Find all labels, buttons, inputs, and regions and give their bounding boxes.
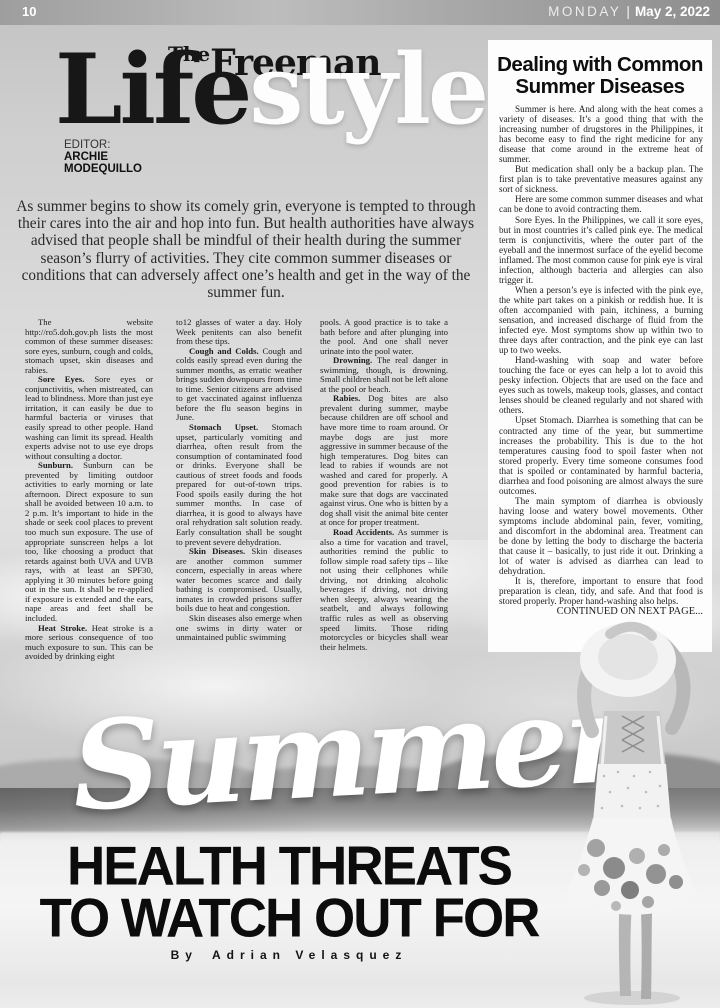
paragraph-lead: Cough and Colds. [189,346,262,356]
byline: ByAdrian Velasquez [0,948,578,962]
article-paragraph: Drowning. The real danger in swimming, t… [320,356,448,394]
article-paragraph: to12 glasses of water a day. Holy Week p… [176,318,302,347]
byline-name: Adrian Velasquez [212,948,407,962]
dateline: MONDAY|May 2, 2022 [548,4,710,19]
sidebar-article: Dealing with Common Summer Diseases Summ… [488,40,712,652]
sidebar-paragraph: Hand-washing with soap and water before … [499,355,703,415]
sun-hat-crown [598,634,658,680]
sidebar-title-line2: Summer Diseases [496,76,704,98]
back [598,711,666,768]
paragraph-lead: Sunburn. [38,460,83,470]
dress-bodice [593,764,671,822]
headline-line1: HEALTH THREATS [0,841,578,893]
paragraph-lead: Rabies. [333,393,368,403]
paragraph-lead: Drowning. [333,355,377,365]
newspaper-page: 10 MONDAY|May 2, 2022 TheFreeman Lifesty… [0,0,720,1008]
article-paragraph: Heat Stroke. Heat stroke is a more serio… [25,624,153,662]
headline-line2: TO WATCH OUT FOR [0,893,578,945]
article-paragraph: Skin Diseases. Skin diseases are another… [176,547,302,614]
sidebar-paragraph: When a person’s eye is infected with the… [499,285,703,355]
article-paragraph: The website http://ro5.doh.gov.ph lists … [25,318,153,375]
sidebar-paragraph: Sore Eyes. In the Philippines, we call i… [499,215,703,285]
article-paragraph: Skin diseases also emerge when one swims… [176,614,302,643]
sidebar-paragraph: Here are some common summer diseases and… [499,194,703,214]
date-label: May 2, 2022 [635,4,710,19]
sidebar-paragraph: The main symptom of diarrhea is obviousl… [499,496,703,576]
sidebar-paragraph: It is, therefore, important to ensure th… [499,576,703,606]
day-label: MONDAY [548,4,621,19]
page-number: 10 [22,4,36,19]
sidebar-paragraph: Upset Stomach. Diarrhea is something tha… [499,415,703,495]
article-paragraph: Stomach Upset. Stomach upset, particular… [176,423,302,547]
page-header-bar: 10 MONDAY|May 2, 2022 [0,0,720,25]
paragraph-lead: Heat Stroke. [38,623,92,633]
article-paragraph: pools. A good practice is to take a bath… [320,318,448,356]
paragraph-lead: Road Accidents. [333,527,398,537]
paragraph-lead: Stomach Upset. [189,422,272,432]
article-column-1: The website http://ro5.doh.gov.ph lists … [25,318,153,678]
figure-shadow [584,991,680,1005]
article-paragraph: Sore Eyes. Sore eyes or conjunctivitis, … [25,375,153,461]
intro-paragraph: As summer begins to show its comely grin… [12,198,480,301]
editor-line: EDITOR: ARCHIE MODEQUILLO [64,139,142,175]
article-paragraph: Sunburn. Sunburn can be prevented by lim… [25,461,153,623]
sidebar-title: Dealing with Common Summer Diseases [496,54,704,98]
article-paragraph: Rabies. Dog bites are also prevalent dur… [320,394,448,528]
byline-prefix: By [171,948,198,962]
article-paragraph: Cough and Colds. Cough and colds easily … [176,347,302,423]
paragraph-lead: Sore Eyes. [38,374,94,384]
lifestyle-style: style [249,33,486,146]
lifestyle-logo: Lifestyle [55,42,486,138]
article-column-2: to12 glasses of water a day. Holy Week p… [176,318,302,678]
sidebar-title-line1: Dealing with Common [496,54,704,76]
lifestyle-life: Life [55,33,249,146]
feature-headline: HEALTH THREATS TO WATCH OUT FOR [0,841,578,945]
paragraph-lead: Skin Diseases. [189,546,251,556]
dateline-separator: | [626,4,630,19]
editor-name: ARCHIE MODEQUILLO [64,151,142,175]
sidebar-paragraph: But medication shall only be a backup pl… [499,164,703,194]
article-paragraph: Road Accidents. As summer is also a time… [320,528,448,652]
woman-in-sunhat-photo [540,616,720,1006]
article-column-3: pools. A good practice is to take a bath… [320,318,448,678]
editor-label: EDITOR: [64,139,110,151]
sidebar-paragraph: Summer is here. And along with the heat … [499,104,703,164]
sidebar-body: Summer is here. And along with the heat … [499,104,703,606]
